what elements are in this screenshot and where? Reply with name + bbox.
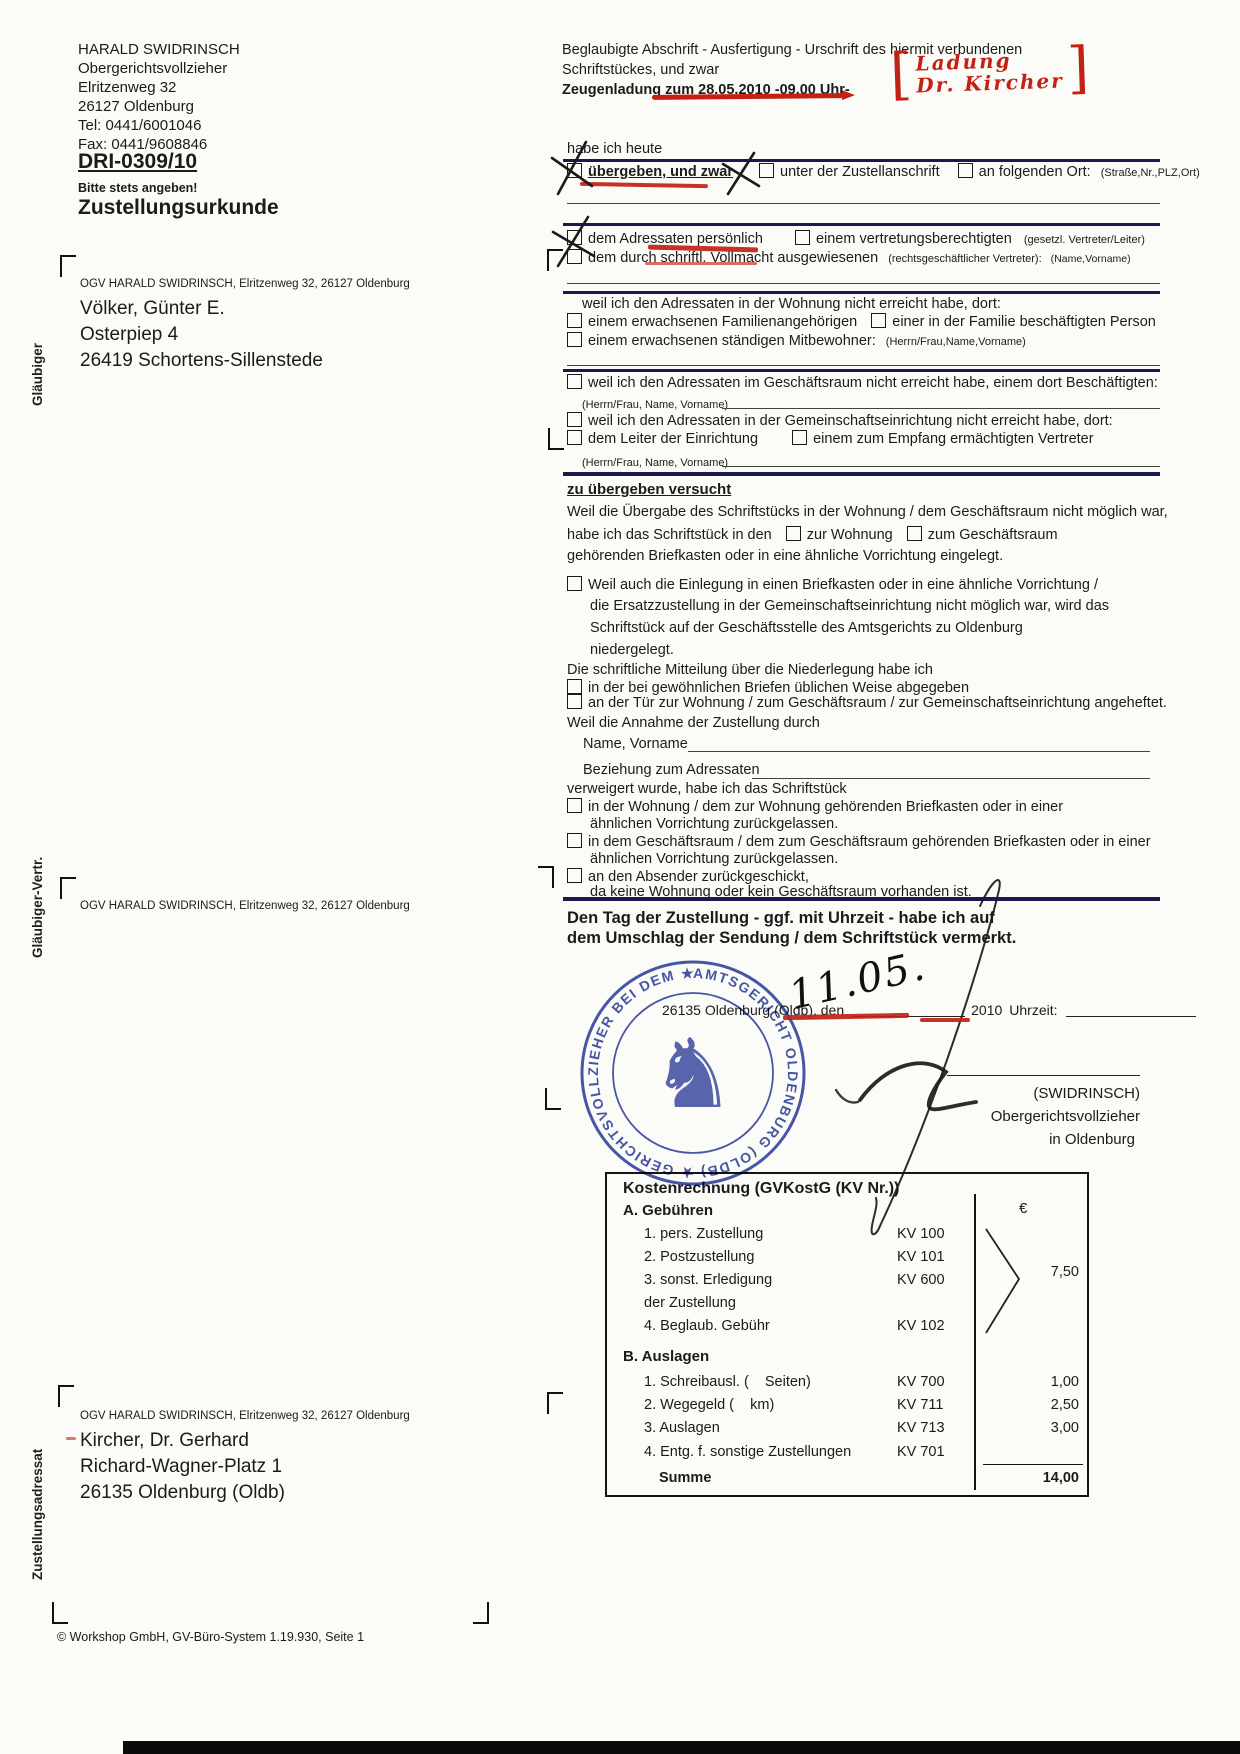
cost-row-label: der Zustellung: [644, 1295, 736, 1311]
checkbox-brief-weise[interactable]: [567, 679, 582, 694]
window-corner-mark: [58, 1385, 74, 1407]
window2-sender-line: OGV HARALD SWIDRINSCH, Elritzenweg 32, 2…: [80, 900, 410, 912]
handwritten-x-mark: [720, 148, 762, 198]
familie-beschaeftigte-label: einer in der Familie beschäftigten Perso…: [892, 314, 1156, 330]
mitbewohner-label: einem erwachsenen ständigen Mitbewohner:: [588, 333, 876, 349]
blank-line: [722, 408, 1160, 409]
checkbox-familienangehoeriger[interactable]: [567, 313, 582, 328]
checkbox-geschaeftsraum-zurueckgelassen[interactable]: [567, 833, 582, 848]
sender-role: Obergerichtsvollzieher: [78, 59, 240, 78]
tuer-angeheftet-label: an der Tür zur Wohnung / zum Geschäftsra…: [588, 695, 1167, 711]
zustellanschrift-label: unter der Zustellanschrift: [780, 164, 940, 180]
versucht-p1a: Weil die Übergabe des Schriftstücks in d…: [567, 504, 1168, 521]
sender-block: HARALD SWIDRINSCH Obergerichtsvollzieher…: [78, 40, 240, 154]
niederlegung-p2a: Weil auch die Einlegung in einen Briefka…: [588, 577, 1098, 593]
cost-row-kv: KV 101: [897, 1249, 945, 1265]
scan-edge-artifact: [123, 1741, 1240, 1754]
cost-row-label: 1. Schreibausl. ( Seiten): [644, 1374, 811, 1390]
checkbox-zum-geschaeftsraum[interactable]: [907, 526, 922, 541]
leiter-label: dem Leiter der Einrichtung: [588, 431, 758, 447]
wohnung-row-2: einem erwachsenen ständigen Mitbewohner:…: [567, 332, 1026, 351]
adressat-address: Kircher, Dr. Gerhard Richard-Wagner-Plat…: [80, 1428, 285, 1506]
checkbox-leiter[interactable]: [567, 430, 582, 445]
red-underline: [580, 182, 708, 188]
window-corner-mark: [60, 877, 76, 899]
court-stamp: AMTSGERICHT OLDENBURG (OLDB) ★ GERICHTSV…: [577, 957, 809, 1189]
versucht-heading: zu übergeben versucht: [567, 481, 731, 498]
red-bracket-close: ]: [1066, 45, 1090, 93]
red-underline-year: [920, 1018, 970, 1022]
versucht-p1c: gehörenden Briefkasten oder in eine ähnl…: [567, 548, 1003, 565]
vollmacht-hint2: (Name,Vorname): [1051, 253, 1131, 265]
verweigert-row-2b: ähnlichen Vorrichtung zurückgelassen.: [590, 851, 838, 868]
cost-section-b: B. Auslagen: [623, 1348, 709, 1365]
geschaeftsraum-row: weil ich den Adressaten im Geschäftsraum…: [567, 374, 1158, 392]
margin-label-zustellungsadressat: Zustellungsadressat: [30, 1449, 45, 1580]
red-note-line2: Dr. Kircher: [916, 69, 1064, 96]
cost-row-label: 3. sonst. Erledigung: [644, 1272, 772, 1288]
checkbox-vertretungsberechtigter[interactable]: [795, 230, 810, 245]
gemeinschaftseinrichtung-label: weil ich den Adressaten in der Gemeinsch…: [588, 413, 1113, 429]
cost-row-kv: KV 102: [897, 1318, 945, 1334]
blank-line: [567, 203, 1160, 204]
page-title: Zustellungsurkunde: [78, 196, 279, 220]
zum-geschaeftsraum-label: zum Geschäftsraum: [928, 527, 1058, 543]
cost-row-label: 2. Wegegeld ( km): [644, 1397, 774, 1413]
sum-amount: 14,00: [1009, 1470, 1079, 1486]
handwritten-x-mark: [548, 136, 594, 200]
checkbox-familie-beschaeftigte[interactable]: [871, 313, 886, 328]
section-rule-thick: [563, 472, 1160, 476]
glaeubiger-street: Osterpiep 4: [80, 322, 323, 348]
blank-line-name: [688, 751, 1150, 752]
checkbox-empfang-vertreter[interactable]: [792, 430, 807, 445]
checkbox-wohnung-zurueckgelassen[interactable]: [567, 798, 582, 813]
cost-section-a: A. Gebühren: [623, 1202, 713, 1219]
red-annotation: [ Ladung Dr. Kircher ]: [889, 45, 1090, 100]
handwritten-x-mark: [550, 210, 596, 272]
wohnung-row-1: einem erwachsenen Familienangehörigen ei…: [567, 313, 1156, 331]
blank-line: [567, 365, 1160, 366]
vollmacht-hint: (rechtsgeschäftlicher Vertreter):: [888, 253, 1041, 265]
stamp-horse-icon: ♞: [650, 1021, 736, 1128]
time-blank-line: [1066, 1016, 1196, 1017]
sender-name: HARALD SWIDRINSCH: [78, 40, 240, 59]
adressat-city: 26135 Oldenburg (Oldb): [80, 1480, 285, 1506]
sender-city: 26127 Oldenburg: [78, 97, 240, 116]
uebergeben-label: übergeben, und zwar: [588, 164, 733, 180]
file-note: Bitte stets angeben!: [78, 181, 197, 195]
file-number: DRI-0309/10: [78, 150, 197, 174]
red-bracket-open: [: [889, 51, 913, 99]
cost-row-label: 4. Beglaub. Gebühr: [644, 1318, 770, 1334]
zur-wohnung-label: zur Wohnung: [807, 527, 893, 543]
checkbox-anderer-ort[interactable]: [958, 163, 973, 178]
cost-row-label: 1. pers. Zustellung: [644, 1226, 763, 1242]
adressat-street: Richard-Wagner-Platz 1: [80, 1454, 285, 1480]
versucht-p1b: habe ich das Schriftstück in den: [567, 527, 772, 543]
wohnung-zurueckgelassen-label: in der Wohnung / dem zur Wohnung gehören…: [588, 799, 1063, 815]
familienangehoeriger-label: einem erwachsenen Familienangehörigen: [588, 314, 857, 330]
wohnung-intro: weil ich den Adressaten in der Wohnung n…: [582, 296, 1001, 313]
geschaeftsraum-label: weil ich den Adressaten im Geschäftsraum…: [588, 375, 1158, 391]
fold-mark: [548, 428, 564, 450]
cost-row-label: 3. Auslagen: [644, 1420, 720, 1436]
margin-label-glaeubiger-vertr: Gläubiger-Vertr.: [30, 857, 45, 958]
section-rule: [563, 291, 1160, 294]
mitbewohner-hint: (Herrn/Frau,Name,Vorname): [886, 336, 1026, 348]
cost-row-kv: KV 701: [897, 1444, 945, 1460]
absender-zurueck-label: an den Absender zurückgeschickt,: [588, 869, 809, 885]
blank-line: [722, 466, 1160, 467]
sum-label: Summe: [659, 1470, 711, 1486]
checkbox-zur-wohnung[interactable]: [786, 526, 801, 541]
cost-row-amount: 3,00: [1009, 1420, 1079, 1436]
cost-group-amount: 7,50: [1009, 1264, 1079, 1280]
fold-mark: [52, 1602, 68, 1624]
ort-hint: (Straße,Nr.,PLZ,Ort): [1101, 167, 1200, 179]
mitteilung-intro: Die schriftliche Mitteilung über die Nie…: [567, 662, 933, 679]
fold-mark: [473, 1602, 489, 1624]
versucht-p1b-row: habe ich das Schriftstück in den zur Woh…: [567, 526, 1058, 544]
niederlegung-p2c: Schriftstück auf der Geschäftsstelle des…: [590, 620, 1023, 637]
anderer-ort-label: an folgenden Ort:: [979, 164, 1091, 180]
window3-sender-line: OGV HARALD SWIDRINSCH, Elritzenweg 32, 2…: [80, 1410, 410, 1422]
adressat-name: Kircher, Dr. Gerhard: [80, 1428, 285, 1454]
checkbox-absender-zurueck[interactable]: [567, 868, 582, 883]
geschaeftsraum-zurueckgelassen-label: in dem Geschäftsraum / dem zum Geschäfts…: [588, 834, 1151, 850]
cost-row-kv: KV 700: [897, 1374, 945, 1390]
glaeubiger-city: 26419 Schortens-Sillenstede: [80, 348, 323, 374]
verweigert-row-1b: ähnlichen Vorrichtung zurückgelassen.: [590, 816, 838, 833]
vertreter-hint: (gesetzl. Vertreter/Leiter): [1024, 234, 1145, 246]
niederlegung-p2b: die Ersatzzustellung in der Gemeinschaft…: [590, 598, 1109, 615]
cost-row-kv: KV 600: [897, 1272, 945, 1288]
name-hint-2: (Herrn/Frau, Name, Vorname): [582, 455, 728, 472]
sender-street: Elritzenweg 32: [78, 78, 240, 97]
checkbox-geschaeftsraum[interactable]: [567, 374, 582, 389]
margin-label-glaeubiger: Gläubiger: [30, 343, 45, 406]
scanned-document-page: HARALD SWIDRINSCH Obergerichtsvollzieher…: [0, 0, 1240, 1754]
checkbox-gemeinschaftseinrichtung[interactable]: [567, 412, 582, 427]
sender-tel: Tel: 0441/6001046: [78, 116, 240, 135]
fold-mark: [545, 1088, 561, 1110]
section-rule: [563, 223, 1160, 226]
mitteilung-row-2: an der Tür zur Wohnung / zum Geschäftsra…: [567, 694, 1167, 712]
verweigert-row-2: in dem Geschäftsraum / dem zum Geschäfts…: [567, 833, 1151, 851]
window1-sender-line: OGV HARALD SWIDRINSCH, Elritzenweg 32, 2…: [80, 278, 410, 290]
fold-mark: [538, 866, 554, 888]
cost-row-kv: KV 711: [897, 1397, 944, 1413]
blank-line: [567, 283, 1160, 284]
cost-row-label: 2. Postzustellung: [644, 1249, 754, 1265]
checkbox-niederlegung[interactable]: [567, 576, 582, 591]
cost-row-amount: 2,50: [1009, 1397, 1079, 1413]
red-tick-mark: [66, 1437, 76, 1440]
footer-text: © Workshop GmbH, GV-Büro-System 1.19.930…: [57, 1630, 364, 1644]
section-rule: [563, 369, 1160, 372]
sum-line: [983, 1464, 1083, 1465]
niederlegung-row: Weil auch die Einlegung in einen Briefka…: [567, 576, 1098, 594]
glaeubiger-address: Völker, Günter E. Osterpiep 4 26419 Scho…: [80, 296, 323, 374]
leiter-row: dem Leiter der Einrichtung einem zum Emp…: [567, 430, 1094, 448]
annahme-intro: Weil die Annahme der Zustellung durch: [567, 715, 820, 732]
glaeubiger-name: Völker, Günter E.: [80, 296, 323, 322]
verweigert-row-1: in der Wohnung / dem zur Wohnung gehören…: [567, 798, 1063, 816]
cost-row-kv: KV 713: [897, 1420, 945, 1436]
beziehung-label: Beziehung zum Adressaten: [583, 762, 760, 779]
gemeinschaft-row: weil ich den Adressaten in der Gemeinsch…: [567, 412, 1113, 430]
handwritten-signature: [828, 858, 1028, 1248]
blank-line-beziehung: [752, 778, 1150, 779]
vertretungsberechtigter-label: einem vertretungsberechtigten: [816, 231, 1012, 247]
cost-row-amount: 1,00: [1009, 1374, 1079, 1390]
checkbox-mitbewohner[interactable]: [567, 332, 582, 347]
empfang-vertreter-label: einem zum Empfang ermächtigten Vertreter: [813, 431, 1093, 447]
section-rule: [563, 159, 1160, 162]
name-label: Name, Vorname: [583, 736, 688, 753]
red-underline: [645, 262, 757, 265]
window-corner-mark: [60, 255, 76, 277]
verweigert-intro: verweigert wurde, habe ich das Schriftst…: [567, 781, 847, 798]
checkbox-tuer-angeheftet[interactable]: [567, 694, 582, 709]
recipient-row-2: dem durch schriftl. Vollmacht ausgewiese…: [567, 249, 1131, 268]
delivery-mode-row: übergeben, und zwar unter der Zustellans…: [567, 163, 1200, 182]
niederlegung-p2d: niedergelegt.: [590, 642, 674, 659]
fold-mark: [547, 1392, 563, 1414]
cost-row-label: 4. Entg. f. sonstige Zustellungen: [644, 1444, 851, 1460]
